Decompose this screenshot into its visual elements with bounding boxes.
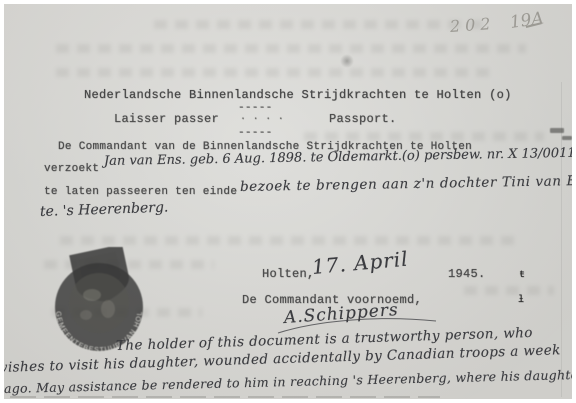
doc-title: Nederlandsche Binnenlandsche Strijdkrach… (84, 88, 512, 102)
verzoekt-label: verzoekt (44, 163, 99, 175)
purpose-handwritten: bezoek te brengen aan z'n dochter Tini v… (240, 173, 572, 195)
divider-dots: · · · · (240, 114, 284, 125)
divider-dashes-bottom: ----- (238, 127, 273, 139)
passeeren-label: te laten passeeren ten einde (44, 186, 237, 198)
stray-mark-2: ƚ (518, 295, 524, 306)
divider-dashes-top: ----- (238, 102, 273, 114)
scan-edge-line (10, 396, 440, 398)
bleed-through (56, 68, 496, 77)
archive-number: 202 (449, 14, 496, 36)
year-label: 1945. (448, 267, 486, 281)
bleed-through (304, 132, 544, 141)
place-label: Holten, (262, 267, 315, 281)
archive-code: 19A (509, 8, 545, 33)
stray-mark-1: ŧ (519, 270, 525, 281)
date-handwritten: 17. April (311, 247, 409, 279)
bleed-through (56, 44, 526, 53)
laisser-passer-label: Laisser passer (114, 112, 219, 126)
passport-label: Passport. (329, 112, 397, 126)
ink-blot (340, 54, 354, 68)
bleed-through (154, 20, 484, 29)
document-scan: 202 19A Nederlandsche Binnenlandsche Str… (4, 4, 572, 399)
bleed-through (60, 236, 520, 245)
edge-mark (562, 136, 572, 140)
bleed-through (464, 286, 554, 295)
edge-mark (550, 128, 564, 133)
destination-handwritten: te. 's Heerenberg. (40, 200, 169, 220)
